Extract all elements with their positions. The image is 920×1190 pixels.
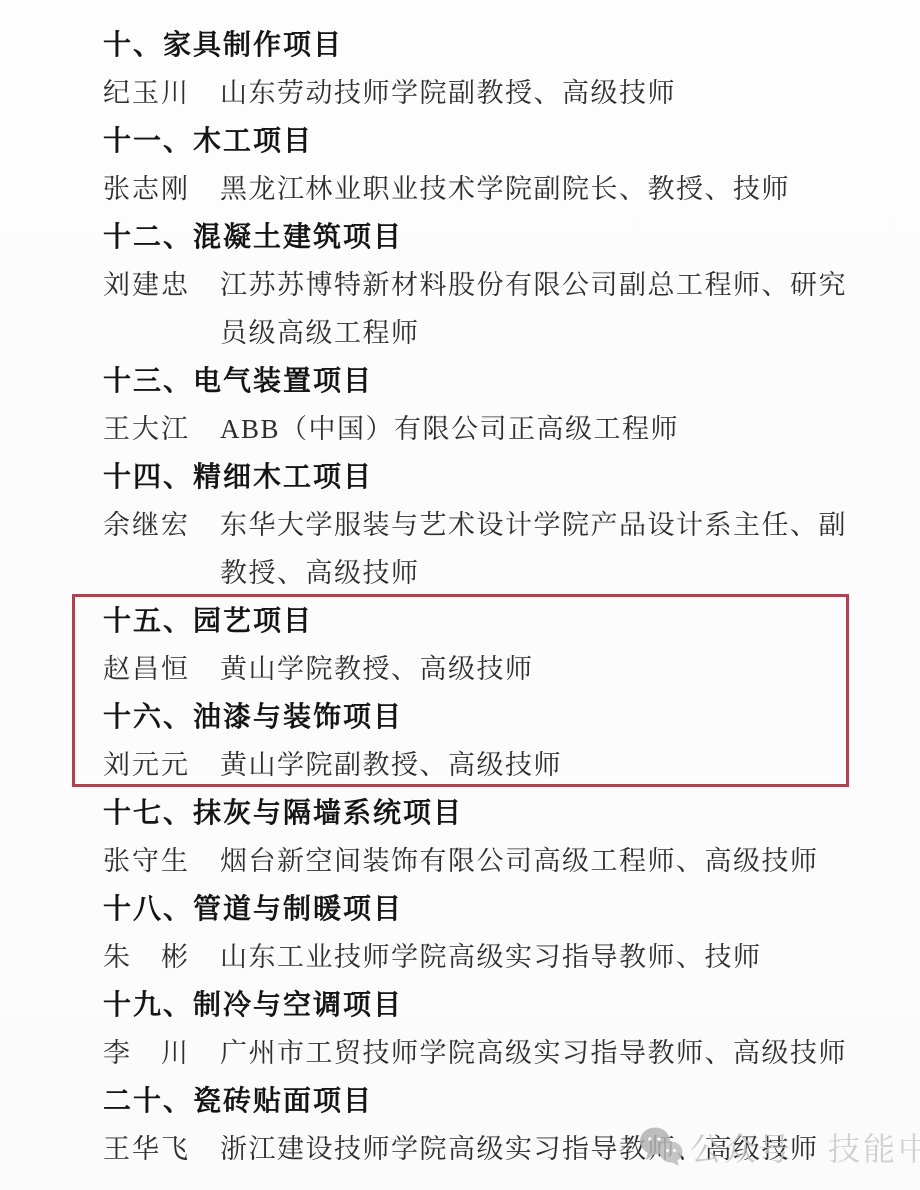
- entry-heading: 十三、电气装置项目: [103, 357, 920, 405]
- expert-title: 黄山学院副教授、高级技师: [220, 741, 562, 789]
- entry-row: 李 川 广州市工贸技师学院高级实习指导教师、高级技师: [103, 1029, 920, 1077]
- entry-row: 张志刚 黑龙江林业职业技术学院副院长、教授、技师: [103, 165, 920, 213]
- entry-row: 王大江 ABB（中国）有限公司正高级工程师: [103, 405, 920, 453]
- expert-name: 赵昌恒: [103, 645, 193, 693]
- expert-title: 广州市工贸技师学院高级实习指导教师、高级技师: [220, 1029, 847, 1077]
- expert-title: ABB（中国）有限公司正高级工程师: [220, 405, 679, 453]
- expert-title: 黑龙江林业职业技术学院副院长、教授、技师: [220, 165, 790, 213]
- watermark-account-label: 公众号: [690, 1124, 792, 1170]
- entry-row: 刘建忠 江苏苏博特新材料股份有限公司副总工程师、研究员级高级工程师: [103, 261, 920, 357]
- expert-title: 山东劳动技师学院副教授、高级技师: [220, 69, 676, 117]
- expert-title: 东华大学服装与艺术设计学院产品设计系主任、副教授、高级技师: [220, 501, 852, 597]
- entry-row: 余继宏 东华大学服装与艺术设计学院产品设计系主任、副教授、高级技师: [103, 501, 920, 597]
- expert-name: 余继宏: [103, 501, 193, 549]
- document-page: 十、家具制作项目 纪玉川 山东劳动技师学院副教授、高级技师 十一、木工项目 张志…: [0, 0, 920, 1190]
- expert-name: 王大江: [103, 405, 193, 453]
- entry-11: 十一、木工项目 张志刚 黑龙江林业职业技术学院副院长、教授、技师: [103, 117, 920, 213]
- expert-name: 刘建忠: [103, 261, 193, 309]
- expert-name: 张守生: [103, 837, 193, 885]
- expert-title: 烟台新空间装饰有限公司高级工程师、高级技师: [220, 837, 819, 885]
- entry-15: 十五、园艺项目 赵昌恒 黄山学院教授、高级技师: [103, 597, 920, 693]
- expert-title: 黄山学院教授、高级技师: [220, 645, 534, 693]
- entry-heading: 十、家具制作项目: [103, 21, 920, 69]
- entry-row: 纪玉川 山东劳动技师学院副教授、高级技师: [103, 69, 920, 117]
- entry-18: 十八、管道与制暖项目 朱 彬 山东工业技师学院高级实习指导教师、技师: [103, 885, 920, 981]
- entry-17: 十七、抹灰与隔墙系统项目 张守生 烟台新空间装饰有限公司高级工程师、高级技师: [103, 789, 920, 885]
- expert-name: 刘元元: [103, 741, 193, 789]
- entry-row: 赵昌恒 黄山学院教授、高级技师: [103, 645, 920, 693]
- expert-name: 朱 彬: [103, 933, 193, 981]
- entry-heading: 十九、制冷与空调项目: [103, 981, 920, 1029]
- entry-heading: 十五、园艺项目: [103, 597, 920, 645]
- expert-title: 江苏苏博特新材料股份有限公司副总工程师、研究员级高级工程师: [220, 261, 852, 357]
- entry-row: 朱 彬 山东工业技师学院高级实习指导教师、技师: [103, 933, 920, 981]
- entry-13: 十三、电气装置项目 王大江 ABB（中国）有限公司正高级工程师: [103, 357, 920, 453]
- chat-bubbles-icon: [638, 1125, 684, 1169]
- entry-heading: 十四、精细木工项目: [103, 453, 920, 501]
- entry-19: 十九、制冷与空调项目 李 川 广州市工贸技师学院高级实习指导教师、高级技师: [103, 981, 920, 1077]
- entry-12: 十二、混凝土建筑项目 刘建忠 江苏苏博特新材料股份有限公司副总工程师、研究员级高…: [103, 213, 920, 357]
- entry-14: 十四、精细木工项目 余继宏 东华大学服装与艺术设计学院产品设计系主任、副教授、高…: [103, 453, 920, 597]
- expert-name: 张志刚: [103, 165, 193, 213]
- entry-heading: 二十、瓷砖贴面项目: [103, 1077, 920, 1125]
- entry-heading: 十七、抹灰与隔墙系统项目: [103, 789, 920, 837]
- entry-heading: 十二、混凝土建筑项目: [103, 213, 920, 261]
- entry-heading: 十八、管道与制暖项目: [103, 885, 920, 933]
- entry-10: 十、家具制作项目 纪玉川 山东劳动技师学院副教授、高级技师: [103, 21, 920, 117]
- expert-title: 山东工业技师学院高级实习指导教师、技师: [220, 933, 762, 981]
- watermark-account-name: 技能中国: [828, 1124, 920, 1170]
- entry-row: 刘元元 黄山学院副教授、高级技师: [103, 741, 920, 789]
- expert-name: 李 川: [103, 1029, 193, 1077]
- entry-heading: 十六、油漆与装饰项目: [103, 693, 920, 741]
- entry-row: 张守生 烟台新空间装饰有限公司高级工程师、高级技师: [103, 837, 920, 885]
- watermark: 公众号 技能中国: [638, 1124, 920, 1170]
- entry-16: 十六、油漆与装饰项目 刘元元 黄山学院副教授、高级技师: [103, 693, 920, 789]
- expert-name: 王华飞: [103, 1125, 193, 1173]
- entry-heading: 十一、木工项目: [103, 117, 920, 165]
- expert-name: 纪玉川: [103, 69, 193, 117]
